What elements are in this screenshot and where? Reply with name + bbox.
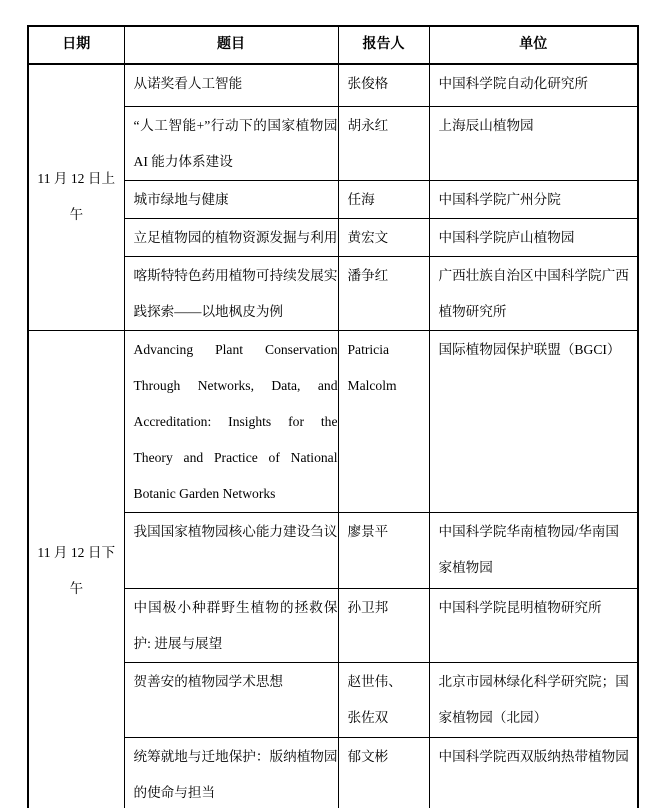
unit-cell: 北京市园林绿化科学研究院；国家植物园（北园） [429, 662, 638, 737]
unit-cell: 中国科学院自动化研究所 [429, 64, 638, 106]
unit-cell: 国际植物园保护联盟（BGCI） [429, 330, 638, 512]
title-cell: 贺善安的植物园学术思想 [124, 662, 338, 737]
title-cell: “人工智能+”行动下的国家植物园 AI 能力体系建设 [124, 106, 338, 180]
date-cell-afternoon: 11 月 12 日下午 [28, 330, 124, 808]
speaker-cell: 郁文彬 [338, 737, 429, 808]
unit-cell: 中国科学院华南植物园/华南国家植物园 [429, 512, 638, 588]
title-cell: 我国国家植物园核心能力建设刍议 [124, 512, 338, 588]
speaker-cell: 孙卫邦 [338, 588, 429, 662]
unit-cell: 中国科学院西双版纳热带植物园 [429, 737, 638, 808]
title-cell: 从诺奖看人工智能 [124, 64, 338, 106]
unit-cell: 广西壮族自治区中国科学院广西植物研究所 [429, 256, 638, 330]
date-cell-morning: 11 月 12 日上午 [28, 64, 124, 330]
header-row: 日期 题目 报告人 单位 [28, 26, 638, 64]
speaker-cell: 张俊格 [338, 64, 429, 106]
title-cell: Advancing Plant Conservation Through Net… [124, 330, 338, 512]
col-header-speaker: 报告人 [338, 26, 429, 64]
speaker-cell: 任海 [338, 180, 429, 218]
col-header-title: 题目 [124, 26, 338, 64]
speaker-cell: 廖景平 [338, 512, 429, 588]
unit-cell: 中国科学院昆明植物研究所 [429, 588, 638, 662]
document-page: 日期 题目 报告人 单位 11 月 12 日上午 从诺奖看人工智能 张俊格 中国… [0, 0, 668, 808]
table-row: 11 月 12 日下午 Advancing Plant Conservation… [28, 330, 638, 512]
schedule-table: 日期 题目 报告人 单位 11 月 12 日上午 从诺奖看人工智能 张俊格 中国… [27, 25, 639, 808]
col-header-unit: 单位 [429, 26, 638, 64]
speaker-cell: 潘争红 [338, 256, 429, 330]
table-row: 11 月 12 日上午 从诺奖看人工智能 张俊格 中国科学院自动化研究所 [28, 64, 638, 106]
title-cell: 喀斯特特色药用植物可持续发展实践探索——以地枫皮为例 [124, 256, 338, 330]
speaker-cell: 黄宏文 [338, 218, 429, 256]
col-header-date: 日期 [28, 26, 124, 64]
title-cell: 统筹就地与迁地保护：版纳植物园的使命与担当 [124, 737, 338, 808]
speaker-cell: Patricia Malcolm [338, 330, 429, 512]
title-cell: 中国极小种群野生植物的拯救保护: 进展与展望 [124, 588, 338, 662]
unit-cell: 中国科学院广州分院 [429, 180, 638, 218]
title-cell: 城市绿地与健康 [124, 180, 338, 218]
speaker-cell: 赵世伟、张佐双 [338, 662, 429, 737]
title-cell: 立足植物园的植物资源发掘与利用 [124, 218, 338, 256]
speaker-cell: 胡永红 [338, 106, 429, 180]
unit-cell: 中国科学院庐山植物园 [429, 218, 638, 256]
unit-cell: 上海辰山植物园 [429, 106, 638, 180]
